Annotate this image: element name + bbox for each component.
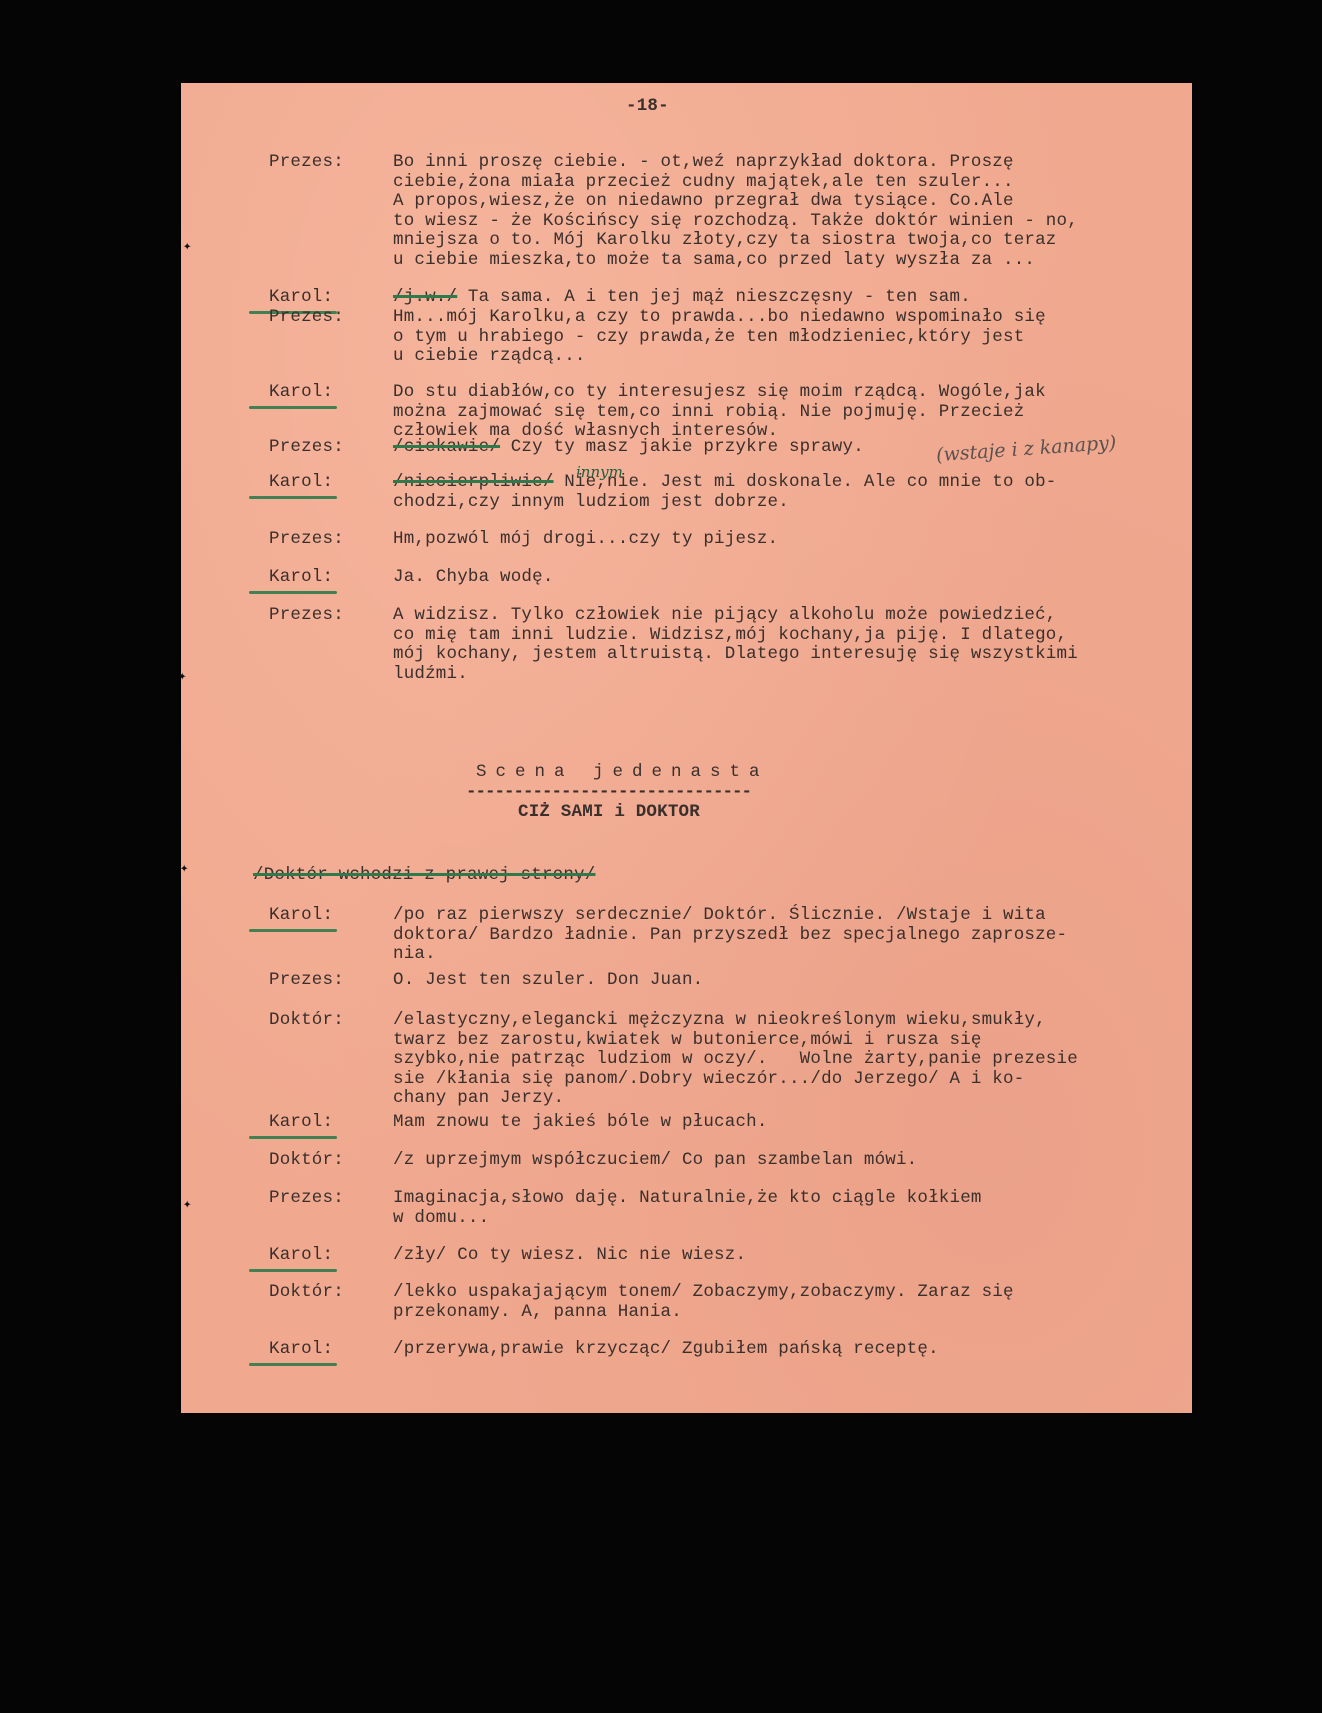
speech-text: Do stu diabłów,co ty interesujesz się mo…: [393, 383, 1173, 442]
speaker-name: Karol:: [269, 906, 333, 926]
speech-line: chodzi,czy innym ludziom jest dobrze.: [393, 493, 1173, 513]
speaker-name: Karol:: [269, 383, 333, 403]
green-underline: [249, 1269, 337, 1272]
speaker-name: Prezes:: [269, 153, 344, 173]
margin-mark: ✦: [183, 238, 191, 255]
speech-line: szybko,nie patrząc ludziom w oczy/. Woln…: [393, 1050, 1173, 1070]
speech-text: /zły/ Co ty wiesz. Nic nie wiesz.: [393, 1246, 1173, 1266]
speaker-name: Doktór:: [269, 1283, 344, 1303]
speaker-name: Karol:: [269, 1246, 333, 1266]
speech-line: /po raz pierwszy serdecznie/ Doktór. Śli…: [393, 906, 1173, 926]
speech-text: /lekko uspakajającym tonem/ Zobaczymy,zo…: [393, 1283, 1173, 1322]
speech-line: u ciebie rządcą...: [393, 347, 1173, 367]
green-underline: [249, 1136, 337, 1139]
speaker-name: Doktór:: [269, 1011, 344, 1031]
speaker-name: Karol:: [269, 288, 333, 308]
speech-line: chany pan Jerzy.: [393, 1089, 1173, 1109]
speech-line: ciebie,żona miała przecież cudny majątek…: [393, 173, 1173, 193]
speaker-name: Karol:: [269, 1113, 333, 1133]
speech-line: można zajmować się tem,co inni robią. Ni…: [393, 403, 1173, 423]
speech-line: twarz bez zarostu,kwiatek w butonierce,m…: [393, 1031, 1173, 1051]
speech-line: sie /kłania się panom/.Dobry wieczór.../…: [393, 1070, 1173, 1090]
speech-text: O. Jest ten szuler. Don Juan.: [393, 971, 1173, 991]
green-underline: [249, 591, 337, 594]
speech-text: Imaginacja,słowo daję. Naturalnie,że kto…: [393, 1189, 1173, 1228]
margin-mark: ✦: [178, 668, 186, 685]
margin-mark: ✦: [180, 860, 188, 877]
speech-line: /lekko uspakajającym tonem/ Zobaczymy,zo…: [393, 1283, 1173, 1303]
speech-line: A widzisz. Tylko człowiek nie pijący alk…: [393, 606, 1173, 626]
speech-text: Hm...mój Karolku,a czy to prawda...bo ni…: [393, 308, 1173, 367]
speaker-name: Prezes:: [269, 606, 344, 626]
scene-title: Scena jedenasta: [476, 763, 769, 783]
speech-line: /z uprzejmym współczuciem/ Co pan szambe…: [393, 1151, 1173, 1171]
speaker-name: Karol:: [269, 1340, 333, 1360]
green-underline: [249, 496, 337, 499]
speech-line: mniejsza o to. Mój Karolku złoty,czy ta …: [393, 231, 1173, 251]
speech-line: nia.: [393, 945, 1173, 965]
speech-text: Ja. Chyba wodę.: [393, 568, 1173, 588]
speech-line: /przerywa,prawie krzycząc/ Zgubiłem pańs…: [393, 1340, 1173, 1360]
speech-line: o tym u hrabiego - czy prawda,że ten mło…: [393, 328, 1173, 348]
green-underline: [249, 1363, 337, 1366]
margin-mark: ✦: [183, 1196, 191, 1213]
scene-divider: ------------------------------: [466, 783, 751, 803]
speech-line: w domu...: [393, 1209, 1173, 1229]
speech-text: /elastyczny,elegancki mężczyzna w nieokr…: [393, 1011, 1173, 1109]
speech-line: doktora/ Bardzo ładnie. Pan przyszedł be…: [393, 926, 1173, 946]
green-underline: [249, 406, 337, 409]
speech-text: Mam znowu te jakieś bóle w płucach.: [393, 1113, 1173, 1133]
speaker-name: Prezes:: [269, 438, 344, 458]
speech-line: to wiesz - że Kościńscy się rozchodzą. T…: [393, 212, 1173, 232]
speech-text: /niecierpliwie/ Nie,nie. Jest mi doskona…: [393, 473, 1173, 512]
speaker-name: Karol:: [269, 473, 333, 493]
speech-line: Imaginacja,słowo daję. Naturalnie,że kto…: [393, 1189, 1173, 1209]
speech-text: Hm,pozwól mój drogi...czy ty pijesz.: [393, 530, 1173, 550]
speech-line: /zły/ Co ty wiesz. Nic nie wiesz.: [393, 1246, 1173, 1266]
speech-line: /niecierpliwie/ Nie,nie. Jest mi doskona…: [393, 473, 1173, 493]
speech-line: Ja. Chyba wodę.: [393, 568, 1173, 588]
speech-line: Mam znowu te jakieś bóle w płucach.: [393, 1113, 1173, 1133]
speech-line: A propos,wiesz,że on niedawno przegrał d…: [393, 192, 1173, 212]
speech-line: co mię tam inni ludzie. Widzisz,mój koch…: [393, 626, 1173, 646]
speech-text: /z uprzejmym współczuciem/ Co pan szambe…: [393, 1151, 1173, 1171]
speech-text: /po raz pierwszy serdecznie/ Doktór. Śli…: [393, 906, 1173, 965]
speech-line: Hm,pozwól mój drogi...czy ty pijesz.: [393, 530, 1173, 550]
speaker-name: Prezes:: [269, 530, 344, 550]
handwritten-insertion: innym: [576, 463, 623, 481]
speech-text: /przerywa,prawie krzycząc/ Zgubiłem pańs…: [393, 1340, 1173, 1360]
page-number: -18-: [626, 97, 669, 117]
speaker-name: Doktór:: [269, 1151, 344, 1171]
speech-line: mój kochany, jestem altruistą. Dlatego i…: [393, 645, 1173, 665]
speech-text: /j.w./ Ta sama. A i ten jej mąż nieszczę…: [393, 288, 1173, 308]
speech-line: /elastyczny,elegancki mężczyzna w nieokr…: [393, 1011, 1173, 1031]
speech-line: O. Jest ten szuler. Don Juan.: [393, 971, 1173, 991]
speech-line: ludźmi.: [393, 665, 1173, 685]
speech-line: Do stu diabłów,co ty interesujesz się mo…: [393, 383, 1173, 403]
speaker-name: Karol:: [269, 568, 333, 588]
typescript-page: -18- Prezes:Bo inni proszę ciebie. - ot,…: [181, 83, 1192, 1413]
speech-line: /j.w./ Ta sama. A i ten jej mąż nieszczę…: [393, 288, 1173, 308]
speech-line: Hm...mój Karolku,a czy to prawda...bo ni…: [393, 308, 1173, 328]
speech-line: przekonamy. A, panna Hania.: [393, 1303, 1173, 1323]
speaker-name: Prezes:: [269, 308, 344, 328]
speech-line: u ciebie mieszka,to może ta sama,co prze…: [393, 251, 1173, 271]
speaker-name: Prezes:: [269, 1189, 344, 1209]
speech-text: Bo inni proszę ciebie. - ot,weź naprzykł…: [393, 153, 1173, 270]
scene-subtitle: CIŻ SAMI i DOKTOR: [518, 803, 700, 823]
speech-text: A widzisz. Tylko człowiek nie pijący alk…: [393, 606, 1173, 684]
speaker-name: Prezes:: [269, 971, 344, 991]
speech-line: Bo inni proszę ciebie. - ot,weź naprzykł…: [393, 153, 1173, 173]
green-underline: [249, 929, 337, 932]
